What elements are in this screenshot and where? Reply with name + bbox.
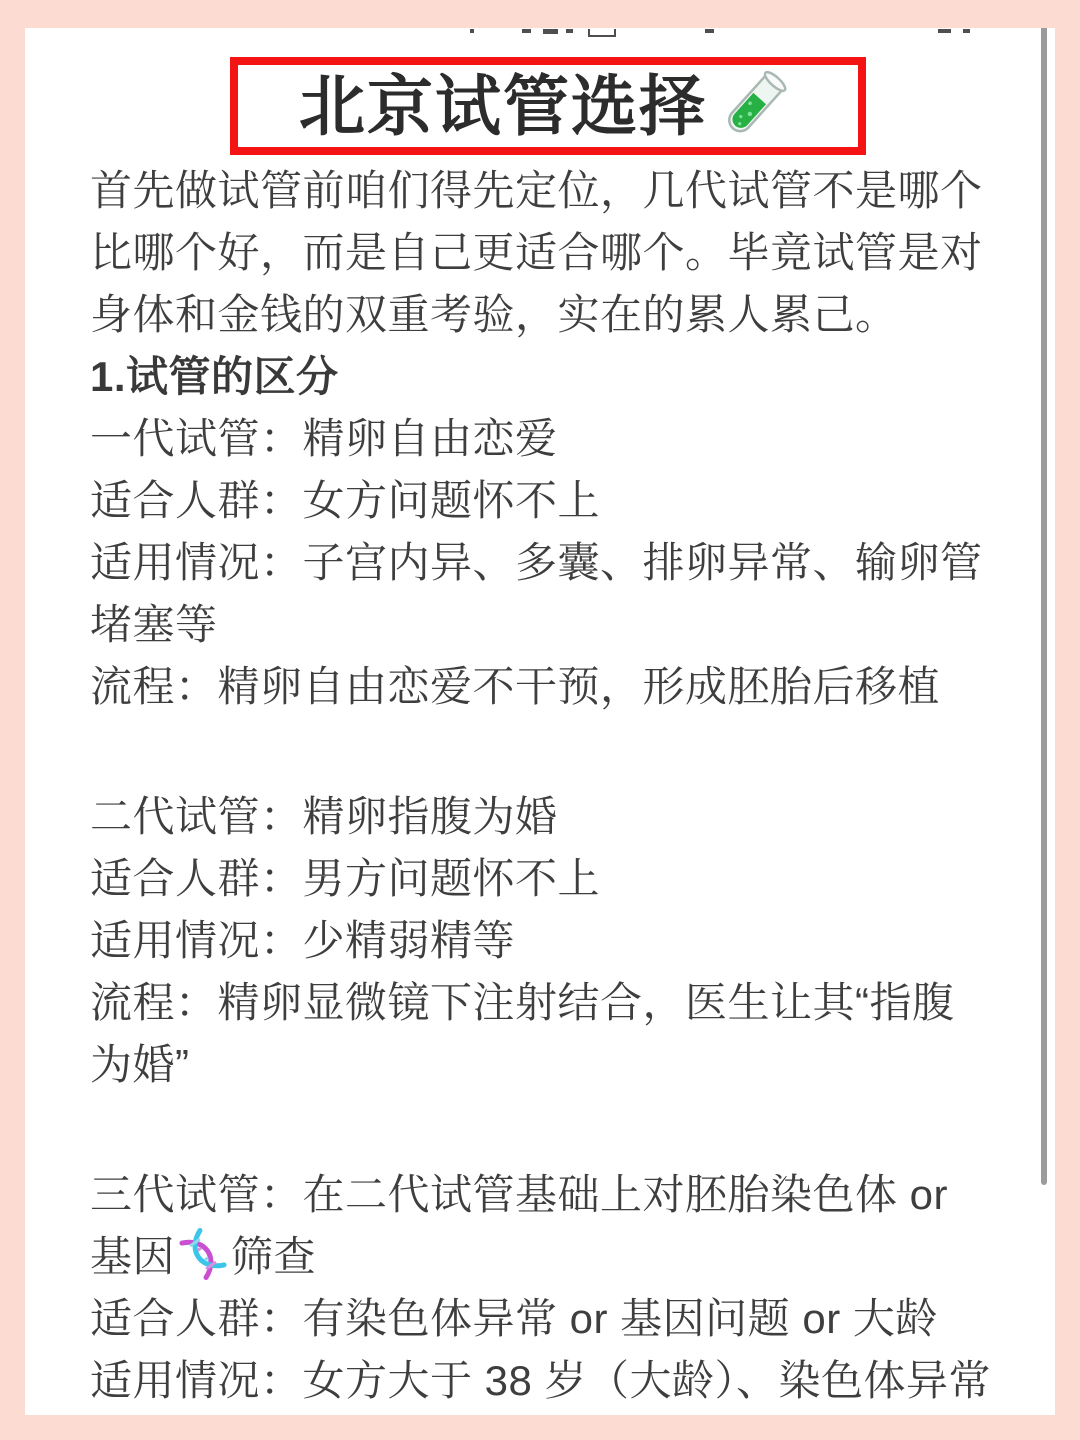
scrollbar-thumb[interactable]	[1041, 28, 1047, 1185]
gen1-type: 一代试管：精卵自由恋爱	[90, 408, 993, 470]
cropped-text-fragments	[25, 28, 1055, 38]
section-heading: 1.试管的区分	[90, 346, 993, 408]
intro-paragraph: 首先做试管前咱们得先定位，几代试管不是哪个比哪个好，而是自己更适合哪个。毕竟试管…	[90, 160, 993, 346]
gen2-people: 适合人群：男方问题怀不上	[90, 848, 993, 910]
gen3-cases: 适用情况：女方大于 38 岁（大龄）、染色体异常	[90, 1350, 993, 1412]
gen1-people: 适合人群：女方问题怀不上	[90, 470, 993, 532]
dna-icon	[177, 1228, 229, 1280]
page-title: 北京试管选择	[299, 65, 707, 147]
paragraph-gap	[90, 1096, 993, 1164]
paragraph-gap	[90, 718, 993, 786]
gen1-process: 流程：精卵自由恋爱不干预，形成胚胎后移植	[90, 656, 993, 718]
post-image: 北京试管选择 首先做试管前咱们得先定位，几代试管不是哪个比哪个好，而是自己更适合…	[0, 0, 1080, 1440]
gen3-people: 适合人群：有染色体异常 or 基因问题 or 大龄	[90, 1288, 993, 1350]
content-card: 北京试管选择 首先做试管前咱们得先定位，几代试管不是哪个比哪个好，而是自己更适合…	[25, 28, 1055, 1415]
gen2-type: 二代试管：精卵指腹为婚	[90, 786, 993, 848]
gen3-type-after: 筛查	[231, 1233, 316, 1280]
gen2-cases: 适用情况：少精弱精等	[90, 910, 993, 972]
title-box: 北京试管选择	[230, 57, 866, 155]
post-body: 首先做试管前咱们得先定位，几代试管不是哪个比哪个好，而是自己更适合哪个。毕竟试管…	[90, 160, 993, 1412]
gen1-cases: 适用情况：子宫内异、多囊、排卵异常、输卵管堵塞等	[90, 532, 993, 656]
gen2-process: 流程：精卵显微镜下注射结合，医生让其“指腹为婚”	[90, 972, 993, 1096]
gen3-type: 三代试管：在二代试管基础上对胚胎染色体 or 基因筛查	[90, 1164, 993, 1288]
test-tube-icon	[709, 62, 797, 150]
